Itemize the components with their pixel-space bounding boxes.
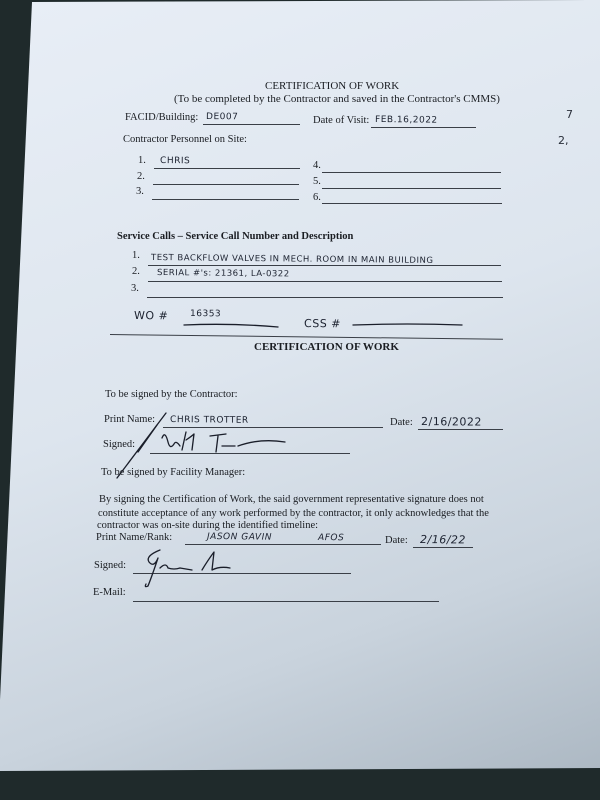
personnel-num-2: 2. [137, 171, 145, 182]
date-of-visit-underline [371, 127, 476, 128]
personnel-label: Contractor Personnel on Site: [123, 134, 247, 145]
facid-underline [203, 124, 300, 125]
contractor-date-line [418, 429, 503, 430]
facility-heading: To be signed by Facility Manager: [101, 467, 245, 478]
personnel-line-4[interactable] [322, 172, 501, 173]
fm-date-line [413, 547, 473, 548]
service-call-num-1: 1. [132, 250, 140, 261]
contractor-date-value[interactable]: 2/16/2022 [421, 415, 482, 429]
personnel-value-1[interactable]: CHRIS [160, 156, 190, 166]
facid-value[interactable]: DE007 [206, 112, 238, 122]
fm-email-label: E-Mail: [93, 587, 126, 598]
section-title: CERTIFICATION OF WORK [254, 341, 399, 353]
disclaimer-line-1: By signing the Certification of Work, th… [99, 494, 484, 505]
css-underline[interactable] [352, 322, 467, 328]
personnel-num-4: 4. [313, 160, 321, 171]
personnel-line-6[interactable] [322, 203, 502, 204]
wo-underline [183, 322, 283, 332]
personnel-num-3: 3. [136, 186, 144, 197]
fm-print-name-value[interactable]: JASON GAVIN [207, 532, 272, 543]
fm-print-name-line [185, 544, 381, 545]
facid-label: FACID/Building: [125, 112, 198, 123]
form-title: CERTIFICATION OF WORK [265, 80, 399, 92]
fm-email-line[interactable] [133, 601, 439, 602]
fm-rank-value[interactable]: AFOS [318, 533, 344, 543]
form-subtitle: (To be completed by the Contractor and s… [174, 93, 500, 105]
contractor-date-label: Date: [390, 417, 413, 428]
fm-date-value[interactable]: 2/16/22 [420, 533, 466, 546]
service-call-line-2 [148, 281, 502, 282]
service-call-value-2[interactable]: SERIAL #'s: 21361, LA-0322 [157, 268, 290, 279]
wo-value[interactable]: 16353 [190, 309, 221, 319]
css-label: CSS # [304, 317, 341, 330]
disclaimer-line-3: contractor was on-site during the identi… [97, 520, 318, 531]
personnel-line-1 [154, 168, 300, 169]
personnel-line-2[interactable] [153, 184, 299, 185]
personnel-line-5[interactable] [322, 188, 501, 189]
service-calls-heading: Service Calls – Service Call Number and … [117, 231, 353, 242]
service-call-line-3[interactable] [147, 297, 503, 298]
margin-mark-2: 2, [558, 134, 569, 147]
service-call-num-2: 2. [132, 266, 140, 277]
fm-signature[interactable] [140, 548, 280, 593]
margin-mark-1: 7 [566, 108, 573, 121]
personnel-num-1: 1. [138, 155, 146, 166]
fm-date-label: Date: [385, 535, 408, 546]
service-call-line-1 [148, 265, 501, 266]
service-call-num-3: 3. [131, 283, 139, 294]
fm-signed-label: Signed: [94, 560, 126, 571]
fm-print-name-label: Print Name/Rank: [96, 532, 172, 543]
personnel-num-5: 5. [313, 176, 321, 187]
date-of-visit-label: Date of Visit: [313, 115, 369, 126]
wo-label: WO # [134, 309, 168, 322]
date-of-visit-value[interactable]: FEB.16,2022 [375, 115, 438, 126]
disclaimer-line-2: constitute acceptance of any work perfor… [98, 508, 489, 519]
personnel-num-6: 6. [313, 192, 321, 203]
contractor-heading: To be signed by the Contractor: [105, 389, 238, 400]
personnel-line-3[interactable] [152, 199, 299, 200]
